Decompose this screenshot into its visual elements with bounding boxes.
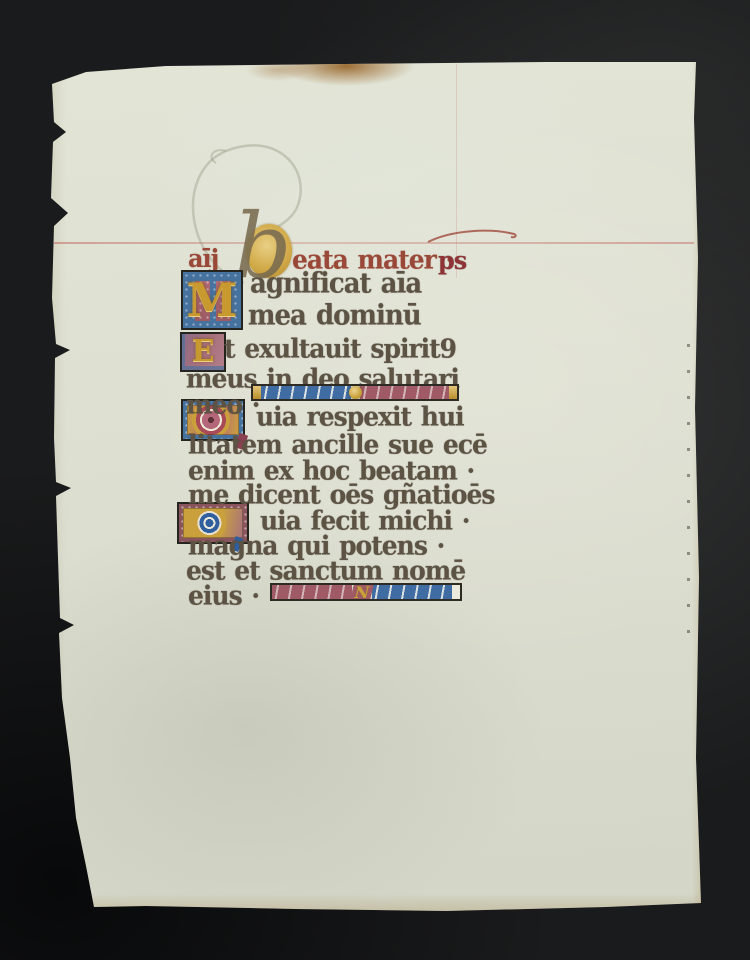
filler-gold-glyph: N: [350, 585, 373, 599]
pricking-holes: [687, 344, 690, 644]
illuminated-initial-M: M: [181, 270, 243, 330]
filler-white-cap: [452, 585, 460, 599]
line-filler: N: [270, 583, 462, 601]
filler-blue-scroll: [261, 386, 351, 399]
line-filler: [251, 384, 459, 401]
photo-background: aīj b eata mater · ps M E agnificat aīa …: [0, 0, 750, 960]
psalm-abbreviation: ps: [438, 248, 466, 273]
filler-rose-scroll: [272, 585, 352, 599]
filler-gold-cap: [253, 386, 261, 399]
initial-letter-M: M: [187, 277, 238, 323]
text-line: mea dominū: [248, 302, 421, 330]
filler-rose-scroll: [360, 386, 450, 399]
text-line: t exultauit spirit9: [224, 335, 456, 362]
filler-gold-cap: [449, 386, 457, 399]
text-line: litatem ancille sue ecē: [188, 431, 487, 458]
text-line: eius ·: [188, 582, 259, 609]
quire-signature: aīj: [188, 246, 218, 271]
text-line: me dicent oēs gñatioēs: [188, 481, 495, 508]
manuscript-leaf: aīj b eata mater · ps M E agnificat aīa …: [46, 58, 708, 916]
rubric-flourish: [424, 226, 520, 246]
filler-gold-boss: [349, 386, 362, 399]
filler-blue-scroll: [372, 585, 452, 599]
text-line: uia respexit hui: [256, 403, 464, 430]
text-line: agnificat aīa: [250, 270, 421, 298]
text-line: meo ·: [186, 391, 259, 418]
